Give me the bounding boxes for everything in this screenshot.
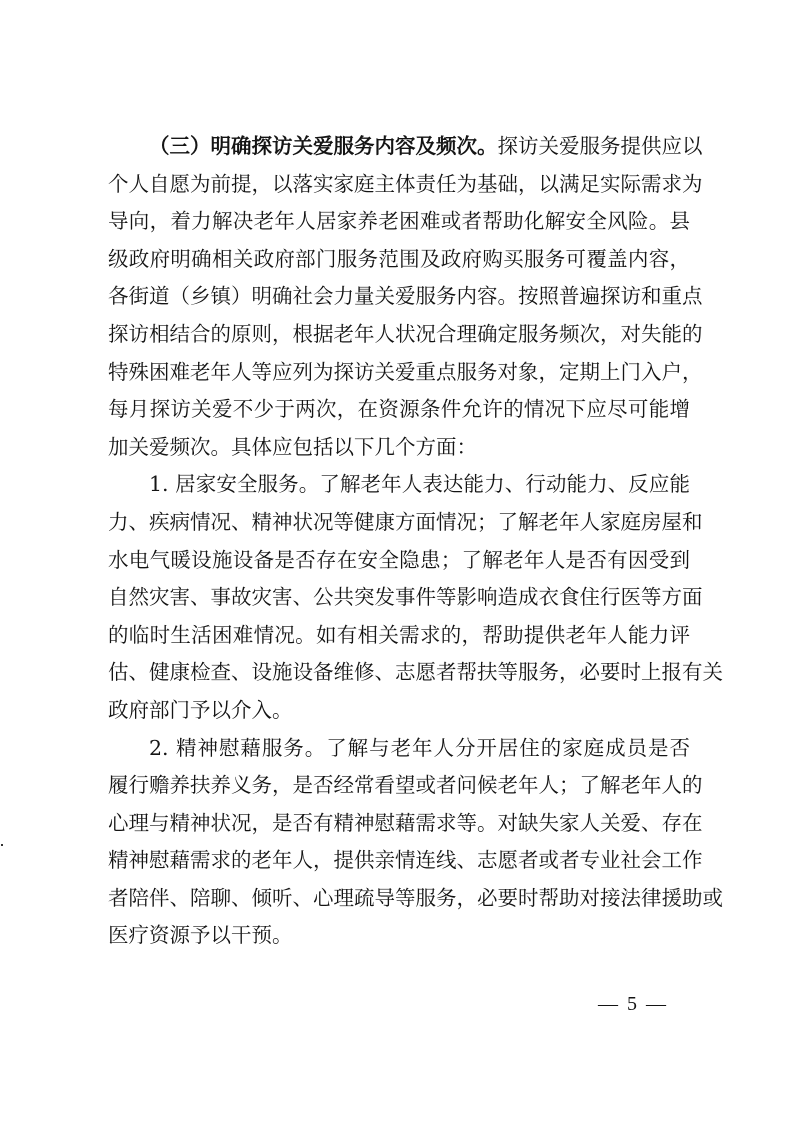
- list-item-1-line: 的临时生活困难情况。如有相关需求的，帮助提供老年人能力评: [108, 617, 690, 655]
- list-item-2-line: 者陪伴、陪聊、倾听、心理疏导等服务，必要时帮助对接法律援助或: [108, 880, 690, 918]
- document-page: （三）明确探访关爱服务内容及频次。探访关爱服务提供应以 个人自愿为前提，以落实家…: [0, 0, 793, 1122]
- paragraph-line: （三）明确探访关爱服务内容及频次。探访关爱服务提供应以: [108, 128, 690, 166]
- list-item-2-line: 2. 精神慰藉服务。了解与老年人分开居住的家庭成员是否: [108, 730, 690, 768]
- paragraph-line: 各街道（乡镇）明确社会力量关爱服务内容。按照普遍探访和重点: [108, 278, 690, 316]
- list-item-1-line: 水电气暖设施设备是否存在安全隐患；了解老年人是否有因受到: [108, 542, 690, 580]
- list-item-1-line: 政府部门予以介入。: [108, 692, 690, 730]
- paragraph-line: 加关爱频次。具体应包括以下几个方面：: [108, 429, 690, 467]
- list-item-1-line: 自然灾害、事故灾害、公共突发事件等影响造成衣食住行医等方面: [108, 579, 690, 617]
- list-item-1-line: 1. 居家安全服务。了解老年人表达能力、行动能力、反应能: [108, 466, 690, 504]
- paragraph-line: 每月探访关爱不少于两次，在资源条件允许的情况下应尽可能增: [108, 391, 690, 429]
- paragraph-line: 导向，着力解决老年人居家养老困难或者帮助化解安全风险。县: [108, 203, 690, 241]
- paragraph-line: 探访相结合的原则，根据老年人状况合理确定服务频次，对失能的: [108, 316, 690, 354]
- list-item-2-line: 心理与精神状况，是否有精神慰藉需求等。对缺失家人关爱、存在: [108, 805, 690, 843]
- paragraph-line: 个人自愿为前提，以落实家庭主体责任为基础，以满足实际需求为: [108, 166, 690, 204]
- document-body: （三）明确探访关爱服务内容及频次。探访关爱服务提供应以 个人自愿为前提，以落实家…: [108, 128, 690, 955]
- scan-artifact: [1, 844, 3, 846]
- list-item-2-line: 精神慰藉需求的老年人，提供亲情连线、志愿者或者专业社会工作: [108, 842, 690, 880]
- page-number: — 5 —: [598, 993, 668, 1016]
- list-item-1-line: 估、健康检查、设施设备维修、志愿者帮扶等服务，必要时上报有关: [108, 654, 690, 692]
- list-item-2-line: 履行赡养扶养义务，是否经常看望或者问候老年人；了解老年人的: [108, 767, 690, 805]
- section-heading: （三）明确探访关爱服务内容及频次。: [149, 134, 498, 158]
- paragraph-line: 特殊困难老年人等应列为探访关爱重点服务对象，定期上门入户，: [108, 354, 690, 392]
- list-item-2-line: 医疗资源予以干预。: [108, 917, 690, 955]
- list-item-1-line: 力、疾病情况、精神状况等健康方面情况；了解老年人家庭房屋和: [108, 504, 690, 542]
- paragraph-line: 级政府明确相关政府部门服务范围及政府购买服务可覆盖内容，: [108, 241, 690, 279]
